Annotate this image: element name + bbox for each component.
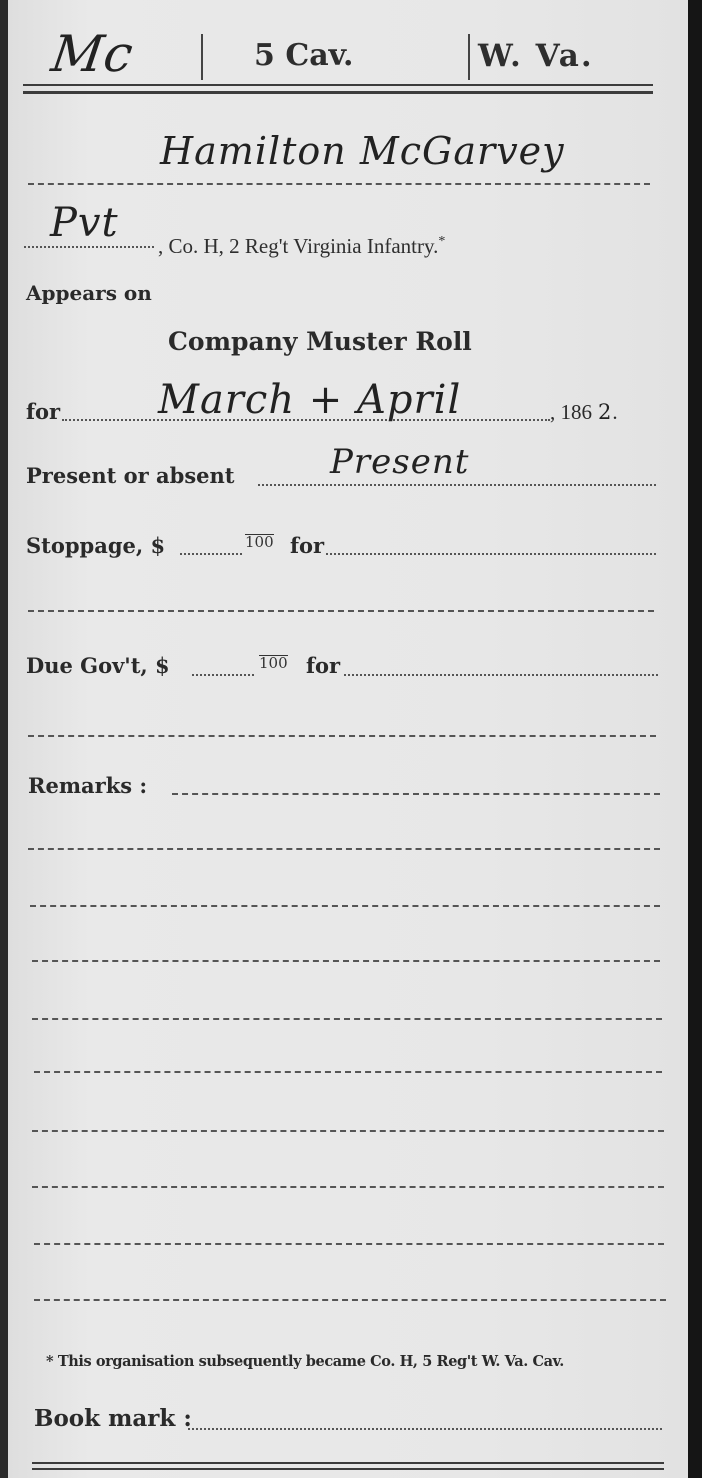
bottom-rule-1 — [32, 1462, 664, 1464]
stoppage-for-line — [326, 553, 656, 555]
remarks-line-2 — [28, 848, 660, 850]
remarks-line-5 — [32, 1018, 662, 1020]
stoppage-label: Stoppage, $ — [26, 532, 165, 560]
roll-type: Company Muster Roll — [168, 326, 472, 358]
rank-line — [24, 246, 154, 248]
year-field: , 1862. — [550, 398, 618, 426]
remarks-line-4 — [32, 960, 660, 962]
due-line-2 — [28, 735, 656, 737]
soldier-name: Hamilton McGarvey — [160, 128, 565, 174]
header-divider-1 — [201, 34, 203, 80]
bookmark-line — [188, 1428, 662, 1430]
stoppage-dollar-line — [180, 553, 242, 555]
header-initial: Mc — [48, 26, 137, 82]
header-state: W. Va. — [478, 38, 594, 74]
header-divider-2 — [468, 34, 470, 80]
bookmark-label: Book mark : — [34, 1404, 192, 1434]
footnote: * This organisation subsequently became … — [46, 1352, 564, 1372]
remarks-line-7 — [32, 1130, 664, 1132]
remarks-line-6 — [34, 1071, 662, 1073]
header-rule-top — [23, 84, 653, 86]
organization-footnote-mark: * — [438, 234, 445, 249]
due-dollar-line — [192, 674, 254, 676]
remarks-label: Remarks : — [28, 772, 147, 800]
present-label: Present or absent — [26, 462, 235, 490]
present-line — [258, 484, 656, 486]
remarks-line-8 — [32, 1186, 664, 1188]
for-label: for — [26, 398, 60, 426]
due-label: Due Gov't, $ — [26, 652, 170, 680]
year-prefix: , 186 — [550, 400, 592, 424]
due-cents: 100 — [259, 655, 288, 671]
soldier-organization: , Co. H, 2 Reg't Virginia Infantry.* — [158, 228, 445, 260]
organization-text: , Co. H, 2 Reg't Virginia Infantry. — [158, 234, 438, 258]
name-line — [28, 183, 650, 185]
remarks-line-1 — [172, 793, 660, 795]
scan-right-edge — [688, 0, 702, 1478]
header-unit: 5 Cav. — [254, 38, 354, 74]
bottom-rule-2 — [32, 1468, 664, 1470]
present-value: Present — [330, 440, 469, 484]
header-rule-bottom — [23, 91, 653, 94]
due-for-line — [344, 674, 658, 676]
remarks-line-9 — [34, 1243, 664, 1245]
due-for: for — [306, 652, 340, 680]
stoppage-for: for — [290, 532, 324, 560]
remarks-line-10 — [34, 1299, 666, 1301]
soldier-rank: Pvt — [50, 200, 119, 246]
appears-on-label: Appears on — [26, 280, 152, 306]
stoppage-cents: 100 — [245, 534, 274, 550]
scan-left-edge — [0, 0, 8, 1478]
muster-period: March + April — [158, 376, 461, 424]
year-end: . — [612, 400, 617, 424]
stoppage-line-2 — [28, 610, 654, 612]
remarks-line-3 — [30, 905, 660, 907]
year-suffix: 2 — [598, 400, 612, 424]
